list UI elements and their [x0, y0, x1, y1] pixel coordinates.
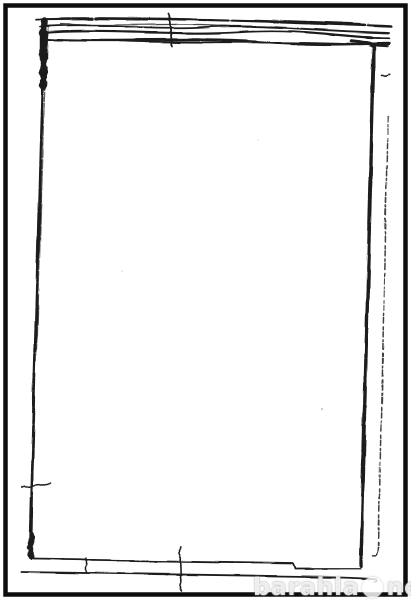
left-edge-group	[21, 24, 51, 549]
left-edge-line	[30, 24, 45, 549]
toner-speck	[121, 270, 123, 272]
left-edge-tick	[21, 484, 51, 487]
watermark-text-right: net	[386, 575, 411, 599]
outer-frame	[6, 6, 406, 595]
scanned-plan-page: barahla net	[0, 0, 411, 600]
watermark-text-left: barahla	[253, 575, 359, 599]
bottom-left-corner-blob	[31, 536, 32, 556]
bottom-edge-upper-line	[33, 559, 361, 569]
toner-speck	[321, 408, 323, 410]
watermark-logo-icon	[362, 577, 383, 598]
right-edge-group	[361, 47, 391, 567]
right-edge-bottom-hook	[372, 548, 379, 557]
toner-speck	[257, 139, 259, 141]
top-left-corner-blob	[43, 21, 44, 86]
right-edge-dashed-line	[379, 116, 387, 548]
top-edge-scribble-2	[42, 31, 390, 38]
right-edge-line	[361, 47, 375, 567]
bottom-edge-cross-tick	[180, 547, 181, 591]
watermark: barahla net	[253, 575, 411, 599]
right-edge-dash-mark	[381, 74, 390, 76]
toner-speck-group	[121, 139, 323, 410]
plan-drawing	[0, 0, 411, 600]
top-edge-scribble-group	[36, 13, 391, 46]
